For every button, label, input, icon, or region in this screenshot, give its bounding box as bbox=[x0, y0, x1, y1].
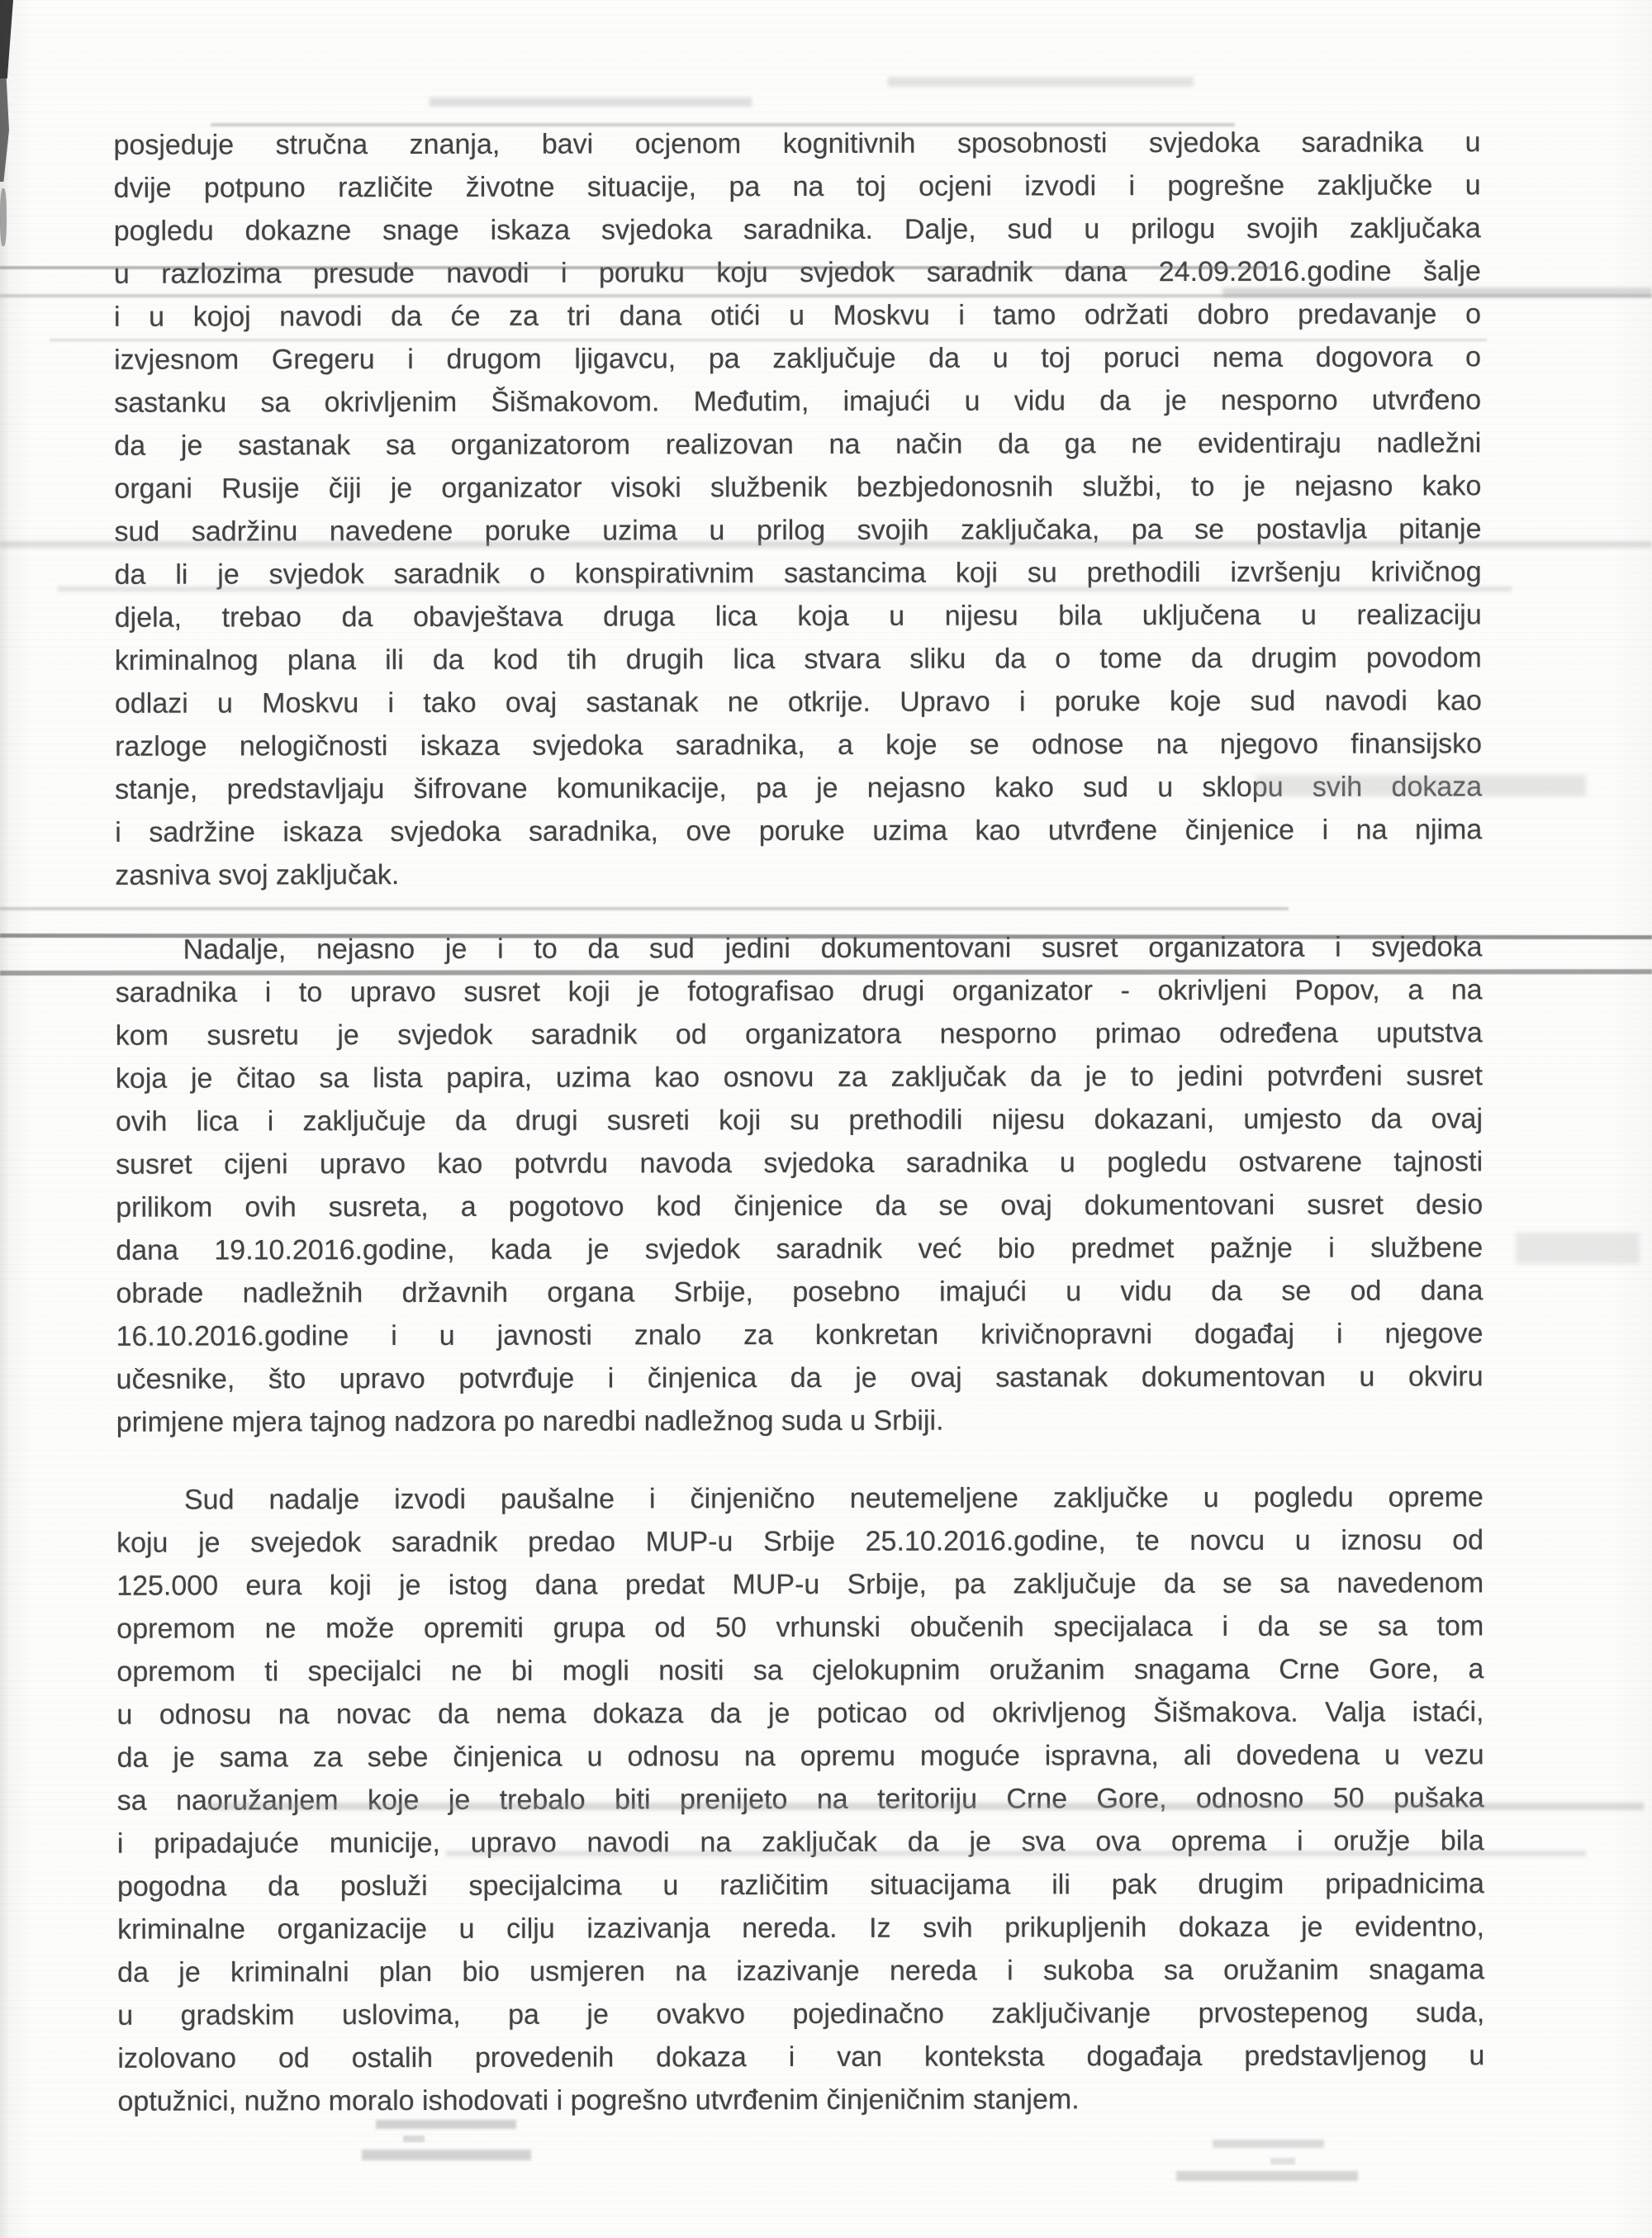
page-edge-shadow bbox=[0, 0, 10, 2238]
text-line: i u kojoj navodi da će za tri dana otići… bbox=[114, 292, 1481, 338]
text-line: sud sadržinu navedene poruke uzima u pri… bbox=[114, 507, 1481, 553]
document-text: posjeduje stručna znanja, bavi ocjenom k… bbox=[113, 121, 1484, 2122]
text-line: kom susretu je svjedok saradnik od organ… bbox=[116, 1011, 1483, 1057]
text-line: sa naoružanjem koje je trebalo biti pren… bbox=[117, 1776, 1484, 1822]
text-line: opremom ne može opremiti grupa od 50 vrh… bbox=[116, 1604, 1483, 1650]
text-line: u razlozima presude navodi i poruku koju… bbox=[114, 249, 1481, 295]
text-line: 16.10.2016.godine i u javnosti znalo za … bbox=[116, 1312, 1483, 1357]
text-line: da je sastanak sa organizatorom realizov… bbox=[114, 421, 1481, 467]
corner-mark bbox=[0, 78, 9, 182]
ink-smudge bbox=[430, 97, 752, 107]
ink-smudge bbox=[362, 2150, 531, 2160]
scanned-document-page: { "page": { "background_color": "#fcfcfb… bbox=[0, 0, 1652, 2238]
text-line: pogledu dokazne snage iskaza svjedoka sa… bbox=[114, 207, 1481, 252]
text-line: pogodna da posluži specijalcima u različ… bbox=[117, 1862, 1484, 1908]
text-line: opremom ti specijalci ne bi mogli nositi… bbox=[116, 1647, 1483, 1693]
text-line: posjeduje stručna znanja, bavi ocjenom k… bbox=[113, 121, 1480, 166]
text-line: Nadalje, nejasno je i to da sud jedini d… bbox=[116, 925, 1483, 971]
text-line: i sadržine iskaza svjedoka saradnika, ov… bbox=[115, 808, 1482, 853]
text-line: da je kriminalni plan bio usmjeren na iz… bbox=[117, 1948, 1484, 1993]
corner-mark bbox=[0, 188, 7, 246]
ink-smudge bbox=[403, 2136, 425, 2142]
text-line: 125.000 eura koji je istog dana predat M… bbox=[116, 1561, 1483, 1607]
text-line: kriminalnog plana ili da kod tih drugih … bbox=[115, 636, 1482, 682]
text-line: i pripadajuće municije, upravo navodi na… bbox=[117, 1819, 1484, 1865]
text-line: organi Rusije čiji je organizator visoki… bbox=[114, 464, 1481, 510]
text-line: koju je svejedok saradnik predao MUP-u S… bbox=[116, 1518, 1483, 1564]
paragraph: posjeduje stručna znanja, bavi ocjenom k… bbox=[113, 121, 1482, 896]
ink-smudge bbox=[1213, 2140, 1324, 2148]
paragraph: Nadalje, nejasno je i to da sud jedini d… bbox=[116, 925, 1483, 1443]
ink-smudge bbox=[1516, 1233, 1640, 1264]
ink-smudge bbox=[1270, 2158, 1295, 2164]
text-line: obrade nadležnih državnih organa Srbije,… bbox=[116, 1269, 1483, 1314]
ink-smudge bbox=[1176, 2171, 1358, 2181]
paragraph: Sud nadalje izvodi paušalne i činjenično… bbox=[116, 1475, 1485, 2122]
ink-smudge bbox=[888, 77, 1194, 87]
text-line: koja je čitao sa lista papira, uzima kao… bbox=[116, 1054, 1483, 1100]
text-line: Sud nadalje izvodi paušalne i činjenično… bbox=[116, 1475, 1483, 1521]
text-line: odlazi u Moskvu i tako ovaj sastanak ne … bbox=[115, 679, 1482, 725]
text-line: primjene mjera tajnog nadzora po naredbi… bbox=[116, 1398, 1483, 1443]
text-line: sastanku sa okrivljenim Šišmakovom. Među… bbox=[114, 378, 1481, 424]
text-line: kriminalne organizacije u cilju izazivan… bbox=[117, 1905, 1484, 1951]
text-line: da li je svjedok saradnik o konspirativn… bbox=[115, 550, 1482, 596]
corner-mark bbox=[0, 0, 13, 78]
text-line: ovih lica i zaključuje da drugi susreti … bbox=[116, 1097, 1483, 1143]
text-line: dvije potpuno različite životne situacij… bbox=[114, 164, 1481, 209]
text-line: djela, trebao da obavještava druga lica … bbox=[115, 593, 1482, 639]
text-line: optužnici, nužno moralo ishodovati i pog… bbox=[117, 2077, 1484, 2122]
text-line: prilikom ovih susreta, a pogotovo kod či… bbox=[116, 1183, 1483, 1228]
text-line: u gradskim uslovima, pa je ovakvo pojedi… bbox=[117, 1991, 1484, 2036]
text-line: saradnika i to upravo susret koji je fot… bbox=[116, 968, 1483, 1014]
text-line: da je sama za sebe činjenica u odnosu na… bbox=[117, 1733, 1484, 1779]
text-line: izvjesnom Gregeru i drugom ljigavcu, pa … bbox=[114, 335, 1481, 381]
text-line: učesnike, što upravo potvrđuje i činjeni… bbox=[116, 1355, 1483, 1400]
text-line: dana 19.10.2016.godine, kada je svjedok … bbox=[116, 1226, 1483, 1271]
text-line: izolovano od ostalih provedenih dokaza i… bbox=[117, 2034, 1484, 2079]
text-line: razloge nelogičnosti iskaza svjedoka sar… bbox=[115, 722, 1482, 767]
text-line: zasniva svoj zaključak. bbox=[115, 851, 1482, 896]
text-line: susret cijeni upravo kao potvrdu navoda … bbox=[116, 1140, 1483, 1186]
text-line: u odnosu na novac da nema dokaza da je p… bbox=[116, 1690, 1483, 1736]
text-line: stanje, predstavljaju šifrovane komunika… bbox=[115, 765, 1482, 810]
